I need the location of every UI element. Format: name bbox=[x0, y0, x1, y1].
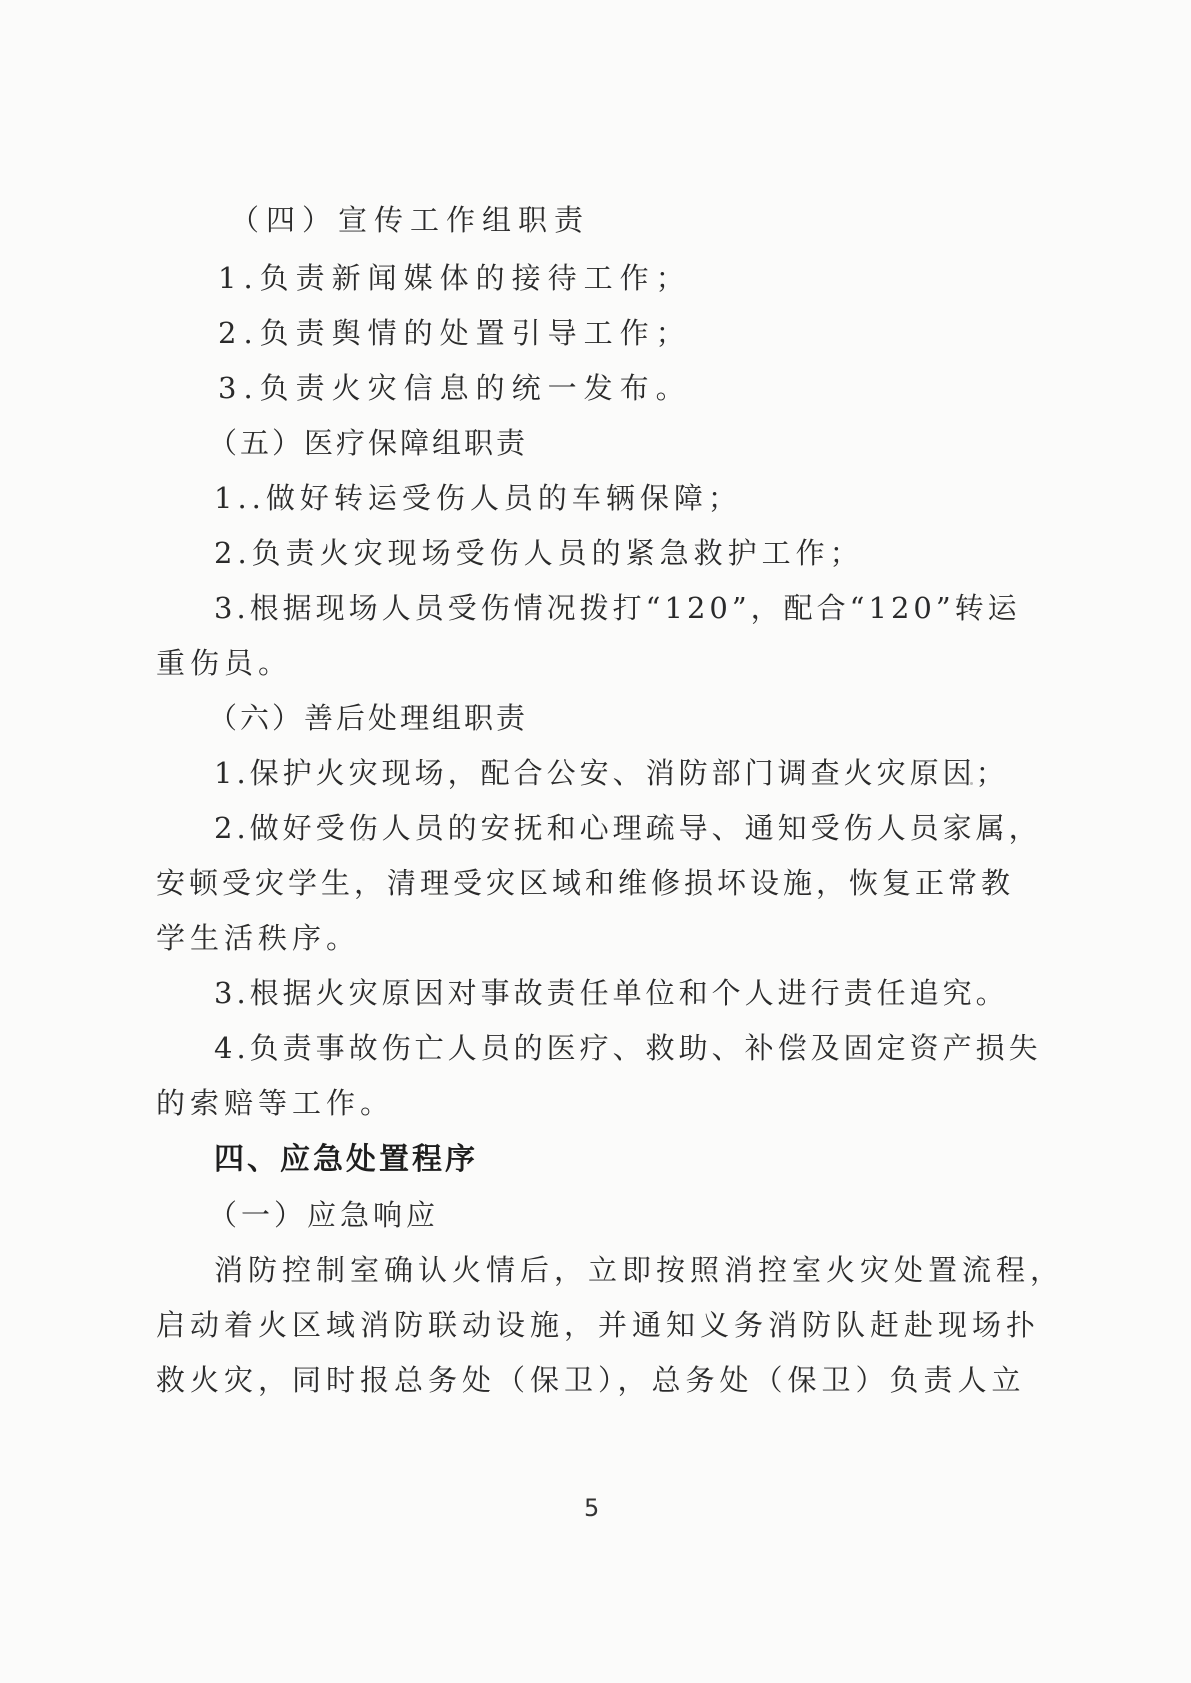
subheading-medical-group: （五）医疗保障组职责 bbox=[208, 423, 528, 463]
subheading-emergency-response: （一）应急响应 bbox=[208, 1195, 439, 1235]
list-item: 2.负责火灾现场受伤人员的紧急救护工作； bbox=[214, 533, 864, 573]
list-item: 1.保护火灾现场，配合公安、消防部门调查火灾原因； bbox=[214, 753, 1009, 793]
scan-speck bbox=[970, 782, 973, 785]
section-heading-emergency-procedure: 四、应急处置程序 bbox=[214, 1140, 478, 1180]
continuation-line: 学生活秩序。 bbox=[156, 918, 360, 958]
page-number: 5 bbox=[584, 1494, 599, 1522]
list-item: 3.根据火灾原因对事故责任单位和个人进行责任追究。 bbox=[214, 973, 1009, 1013]
list-item: 1..做好转运受伤人员的车辆保障； bbox=[214, 478, 742, 518]
continuation-line: 启动着火区域消防联动设施，并通知义务消防队赶赴现场扑 bbox=[156, 1305, 1040, 1345]
list-item: 2.做好受伤人员的安抚和心理疏导、通知受伤人员家属， bbox=[214, 808, 1042, 848]
scan-speck bbox=[362, 838, 365, 841]
continuation-line: 安顿受灾学生，清理受灾区域和维修损坏设施，恢复正常教 bbox=[156, 863, 1014, 903]
continuation-line: 重伤员。 bbox=[156, 643, 292, 683]
list-item: 3.负责火灾信息的统一发布。 bbox=[218, 368, 692, 408]
list-item: 1.负责新闻媒体的接待工作； bbox=[218, 258, 692, 298]
continuation-line: 的索赔等工作。 bbox=[156, 1083, 394, 1123]
subheading-aftermath-group: （六）善后处理组职责 bbox=[208, 698, 528, 738]
document-page: （四）宣传工作组职责 1.负责新闻媒体的接待工作； 2.负责舆情的处置引导工作；… bbox=[0, 0, 1191, 1683]
list-item: 3.根据现场人员受伤情况拨打“120”，配合“120”转运 bbox=[214, 588, 1021, 628]
list-item: 2.负责舆情的处置引导工作； bbox=[218, 313, 692, 353]
subheading-publicity-group: （四）宣传工作组职责 bbox=[230, 200, 590, 240]
paragraph-line: 消防控制室确认火情后，立即按照消控室火灾处置流程， bbox=[214, 1250, 1064, 1290]
continuation-line: 救火灾，同时报总务处（保卫），总务处（保卫）负责人立 bbox=[156, 1360, 1026, 1400]
list-item: 4.负责事故伤亡人员的医疗、救助、补偿及固定资产损失 bbox=[214, 1028, 1042, 1068]
